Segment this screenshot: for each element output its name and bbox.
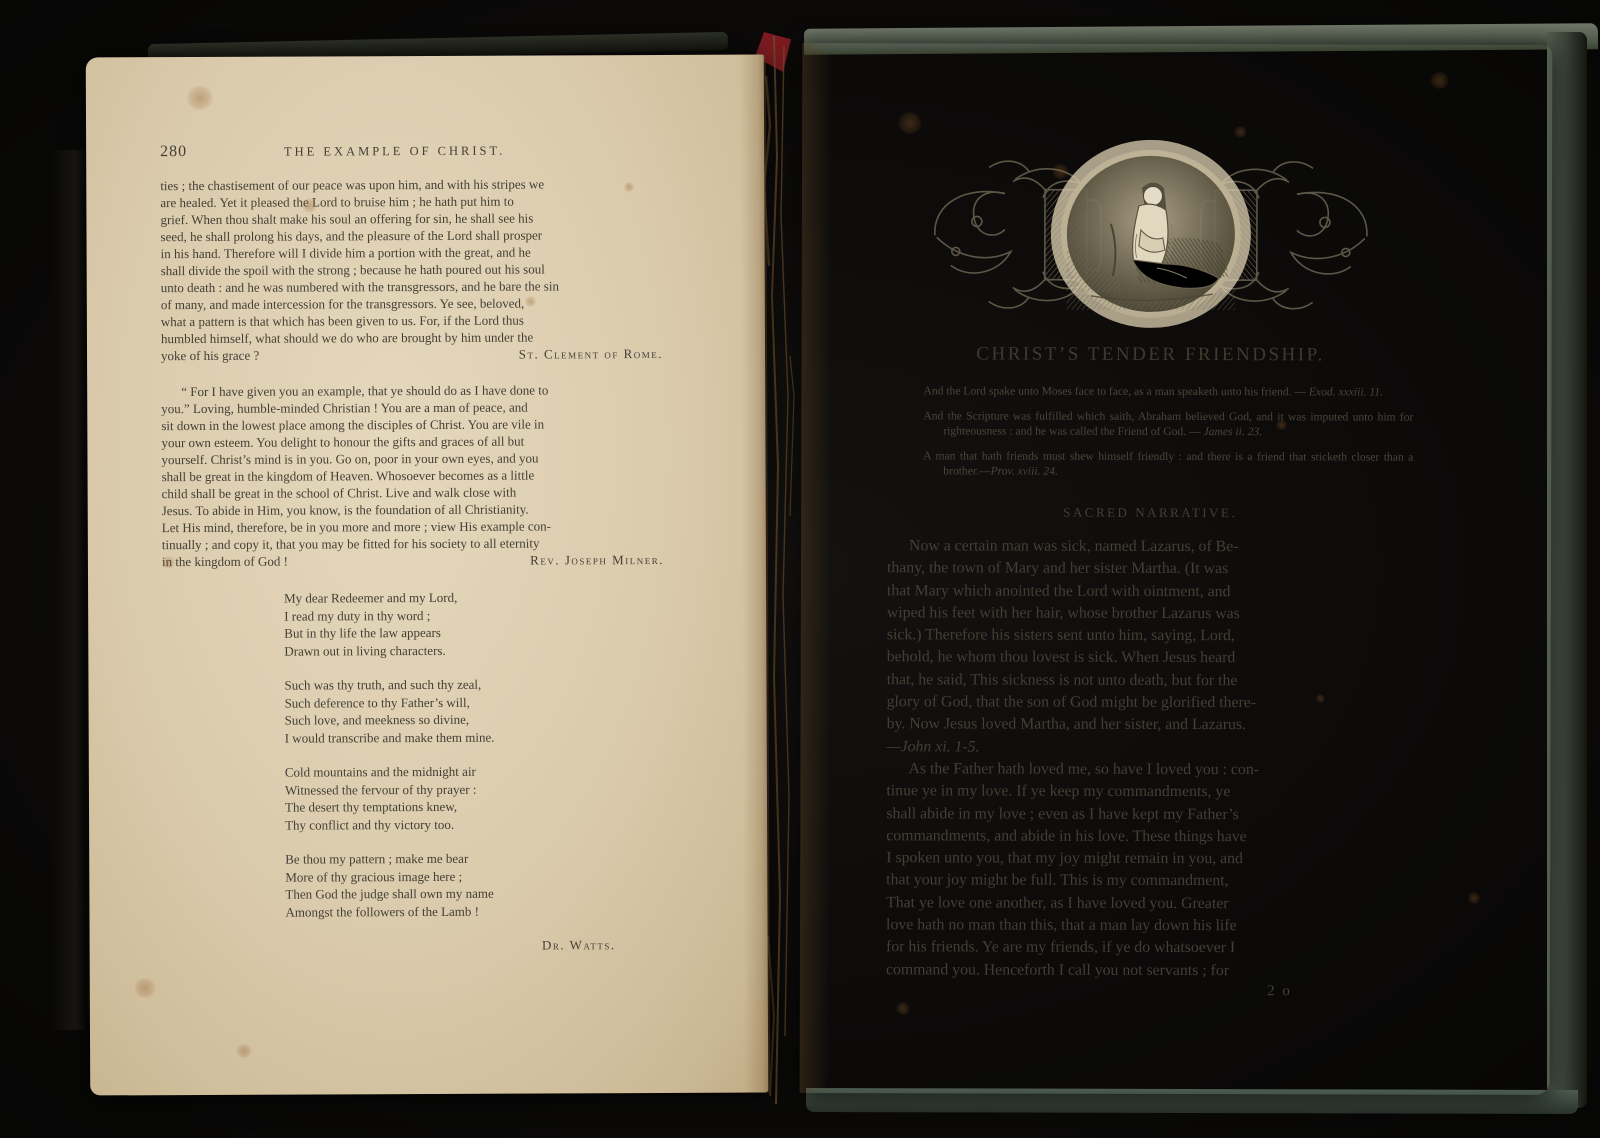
attribution-watts: Dr. Watts. <box>164 936 666 955</box>
christ-kneeling-in-prayer-engraving-icon <box>929 139 1373 328</box>
epigraph-proverbs-ref: Prov. xviii. 24. <box>991 465 1058 478</box>
section-heading: SACRED NARRATIVE. <box>887 504 1413 521</box>
right-page-text-block: CHRIST’S TENDER FRIENDSHIP. And the Lord… <box>886 43 1415 1000</box>
epigraph-james: And the Scripture was fulfilled which sa… <box>923 408 1413 440</box>
narrative-2-body: As the Father hath loved me, so have I l… <box>886 758 1413 982</box>
left-page-header: 280 THE EXAMPLE OF CHRIST. <box>160 141 662 161</box>
narrative-1-reference: —John xi. 1-5. <box>887 736 1413 760</box>
epigraph-proverbs: A man that hath friends must shew himsel… <box>923 448 1413 480</box>
attribution-milner: Rev. Joseph Milner. <box>530 551 664 569</box>
narrative-1-body: Now a certain man was sick, named Lazaru… <box>887 535 1414 737</box>
right-board-fore-edge <box>1547 32 1587 1108</box>
paragraph-milner-body: “ For I have given you an example, that … <box>161 381 664 553</box>
paragraph-clement-last-words: yoke of his grace ? <box>161 347 259 364</box>
paragraph-clement: ties ; the chastisement of our peace was… <box>160 175 663 364</box>
narrative-paragraph-1: Now a certain man was sick, named Lazaru… <box>887 535 1414 759</box>
paragraph-clement-body: ties ; the chastisement of our peace was… <box>160 175 663 347</box>
page-number: 280 <box>160 143 187 160</box>
epigraph-james-text: And the Scripture was fulfilled which sa… <box>923 409 1413 438</box>
attribution-clement: St. Clement of Rome. <box>519 345 663 363</box>
chapter-title: CHRIST’S TENDER FRIENDSHIP. <box>888 343 1414 366</box>
poem-stanza-4: Be thou my pattern ; make me bear More o… <box>285 849 665 921</box>
left-page-text-block: 280 THE EXAMPLE OF CHRIST. ties ; the ch… <box>160 141 666 955</box>
poem-stanza-3: Cold mountains and the midnight air Witn… <box>285 762 665 834</box>
epigraph-james-ref: James ii. 23. <box>1204 425 1263 438</box>
poem-stanza-1: My dear Redeemer and my Lord, I read my … <box>284 588 664 660</box>
signature-mark: 2 o <box>886 982 1412 1000</box>
running-title: THE EXAMPLE OF CHRIST. <box>187 142 662 161</box>
paragraph-milner: “ For I have given you an example, that … <box>161 381 664 570</box>
epigraph-exodus: And the Lord spake unto Moses face to fa… <box>923 383 1413 400</box>
chapter-head-engraving <box>929 139 1373 328</box>
paragraph-milner-lastline: in the kingdom of God ! Rev. Joseph Miln… <box>162 551 664 570</box>
epigraph-exodus-ref: Exod. xxxiii. 11. <box>1309 385 1383 398</box>
open-book-photograph: 280 THE EXAMPLE OF CHRIST. ties ; the ch… <box>0 0 1600 1138</box>
epigraph-exodus-text: And the Lord spake unto Moses face to fa… <box>923 384 1308 398</box>
poem-stanza-2: Such was thy truth, and such thy zeal, S… <box>284 675 664 747</box>
left-board-side-edge <box>52 150 86 1030</box>
paragraph-milner-last-words: in the kingdom of God ! <box>162 553 288 571</box>
narrative-paragraph-2: As the Father hath loved me, so have I l… <box>886 758 1413 982</box>
left-page: 280 THE EXAMPLE OF CHRIST. ties ; the ch… <box>86 55 769 1096</box>
paragraph-clement-lastline: yoke of his grace ? St. Clement of Rome. <box>161 345 663 364</box>
right-page: CHRIST’S TENDER FRIENDSHIP. And the Lord… <box>800 43 1553 1095</box>
